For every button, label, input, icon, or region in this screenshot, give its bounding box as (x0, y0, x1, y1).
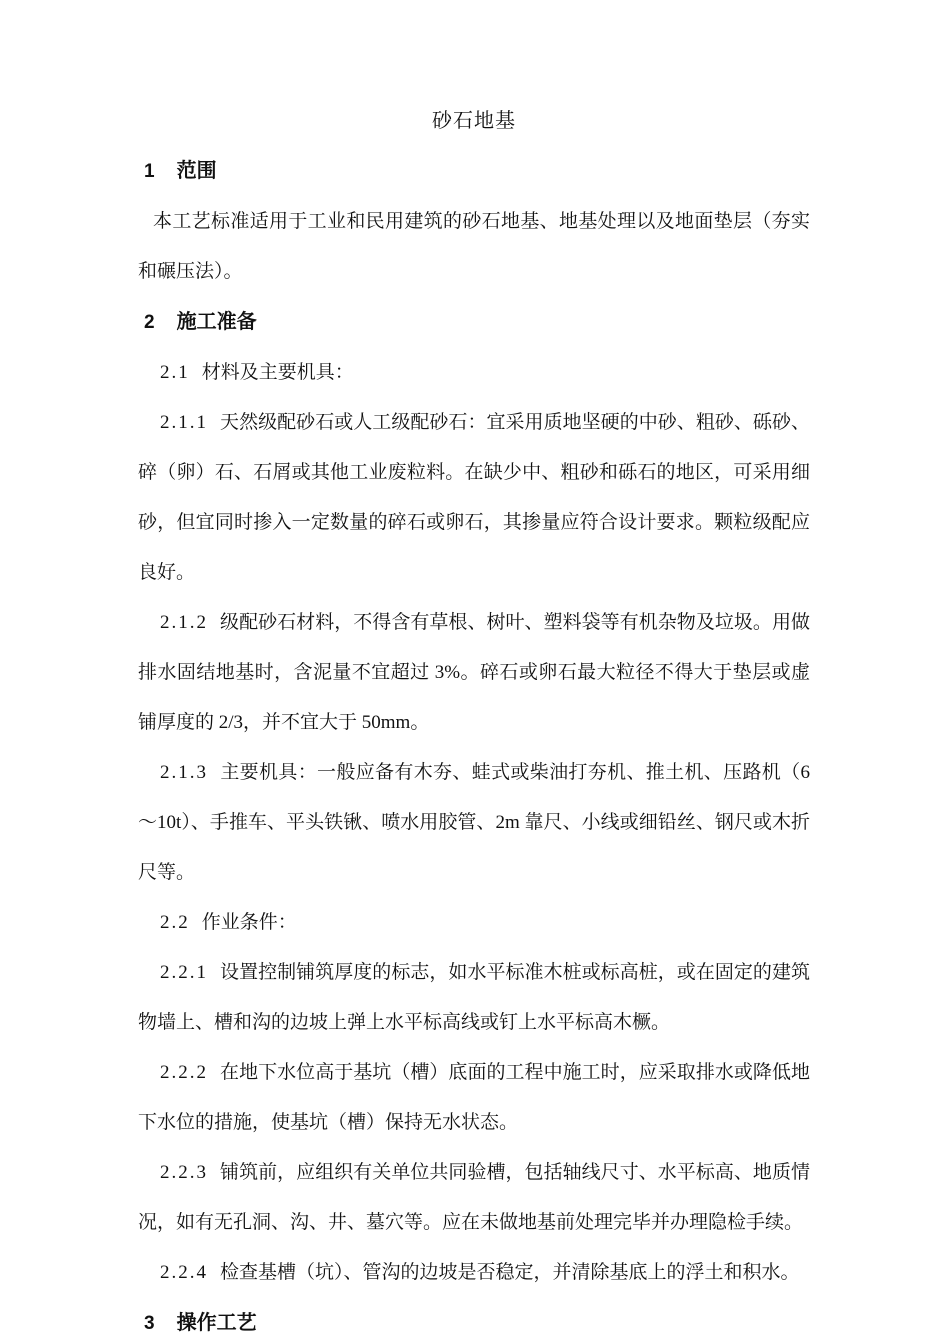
para-2-1-2-text: 级配砂石材料，不得含有草根、树叶、塑料袋等有机杂物及垃圾。用做排水固结地基时，含… (138, 612, 810, 733)
para-2-2-text: 作业条件： (202, 912, 297, 933)
para-2-1-text: 材料及主要机具： (202, 362, 354, 383)
para-2-1-2: 2.1.2级配砂石材料，不得含有草根、树叶、塑料袋等有机杂物及垃圾。用做排水固结… (138, 598, 810, 748)
heading-3-procedure: 3操作工艺 (144, 1298, 810, 1344)
para-2-2-1: 2.2.1设置控制铺筑厚度的标志，如水平标准木桩或标高桩，或在固定的建筑物墙上、… (138, 948, 810, 1048)
heading-3-label: 操作工艺 (177, 1312, 257, 1334)
para-2-1-1-text: 天然级配砂石或人工级配砂石：宜采用质地坚硬的中砂、粗砂、砾砂、碎（卵）石、石屑或… (138, 412, 810, 583)
heading-1-scope: 1范围 (144, 146, 810, 197)
document-page: 砂石地基 1范围 本工艺标准适用于工业和民用建筑的砂石地基、地基处理以及地面垫层… (0, 0, 950, 1344)
heading-1-number: 1 (144, 147, 155, 197)
para-2-1-3-number: 2.1.3 (160, 762, 208, 783)
para-2-2-2-text: 在地下水位高于基坑（槽）底面的工程中施工时，应采取排水或降低地下水位的措施，使基… (138, 1062, 810, 1133)
para-2-2-3-number: 2.2.3 (160, 1162, 208, 1183)
para-scope: 本工艺标准适用于工业和民用建筑的砂石地基、地基处理以及地面垫层（夯实和碾压法）。 (138, 197, 810, 297)
para-2-1-2-number: 2.1.2 (160, 612, 208, 633)
para-2-2-4: 2.2.4检查基槽（坑）、管沟的边坡是否稳定，并清除基底上的浮土和积水。 (138, 1248, 810, 1298)
para-2-2-2-number: 2.2.2 (160, 1062, 208, 1083)
para-2-2-4-number: 2.2.4 (160, 1262, 208, 1283)
para-2-1-number: 2.1 (160, 362, 190, 383)
para-2-2-3-text: 铺筑前，应组织有关单位共同验槽，包括轴线尺寸、水平标高、地质情况，如有无孔洞、沟… (138, 1162, 810, 1233)
para-2-2-1-number: 2.2.1 (160, 962, 208, 983)
para-2-2-1-text: 设置控制铺筑厚度的标志，如水平标准木桩或标高桩，或在固定的建筑物墙上、槽和沟的边… (138, 962, 810, 1033)
para-2-1-3-text: 主要机具：一般应备有木夯、蛙式或柴油打夯机、推土机、压路机（6～10t）、手推车… (138, 762, 810, 883)
para-2-1-1-number: 2.1.1 (160, 412, 208, 433)
heading-2-preparation: 2施工准备 (144, 297, 810, 348)
heading-2-number: 2 (144, 298, 155, 348)
para-2-2-2: 2.2.2在地下水位高于基坑（槽）底面的工程中施工时，应采取排水或降低地下水位的… (138, 1048, 810, 1148)
para-2-1-3: 2.1.3主要机具：一般应备有木夯、蛙式或柴油打夯机、推土机、压路机（6～10t… (138, 748, 810, 898)
para-2-1-1: 2.1.1天然级配砂石或人工级配砂石：宜采用质地坚硬的中砂、粗砂、砾砂、碎（卵）… (138, 398, 810, 598)
para-2-2-4-text: 检查基槽（坑）、管沟的边坡是否稳定，并清除基底上的浮土和积水。 (220, 1262, 800, 1283)
para-2-2: 2.2作业条件： (138, 898, 810, 948)
para-2-1: 2.1材料及主要机具： (138, 348, 810, 398)
heading-2-label: 施工准备 (177, 311, 257, 333)
document-title: 砂石地基 (138, 96, 810, 146)
para-2-2-number: 2.2 (160, 912, 190, 933)
heading-3-number: 3 (144, 1299, 155, 1344)
heading-1-label: 范围 (177, 160, 217, 182)
para-2-2-3: 2.2.3铺筑前，应组织有关单位共同验槽，包括轴线尺寸、水平标高、地质情况，如有… (138, 1148, 810, 1248)
